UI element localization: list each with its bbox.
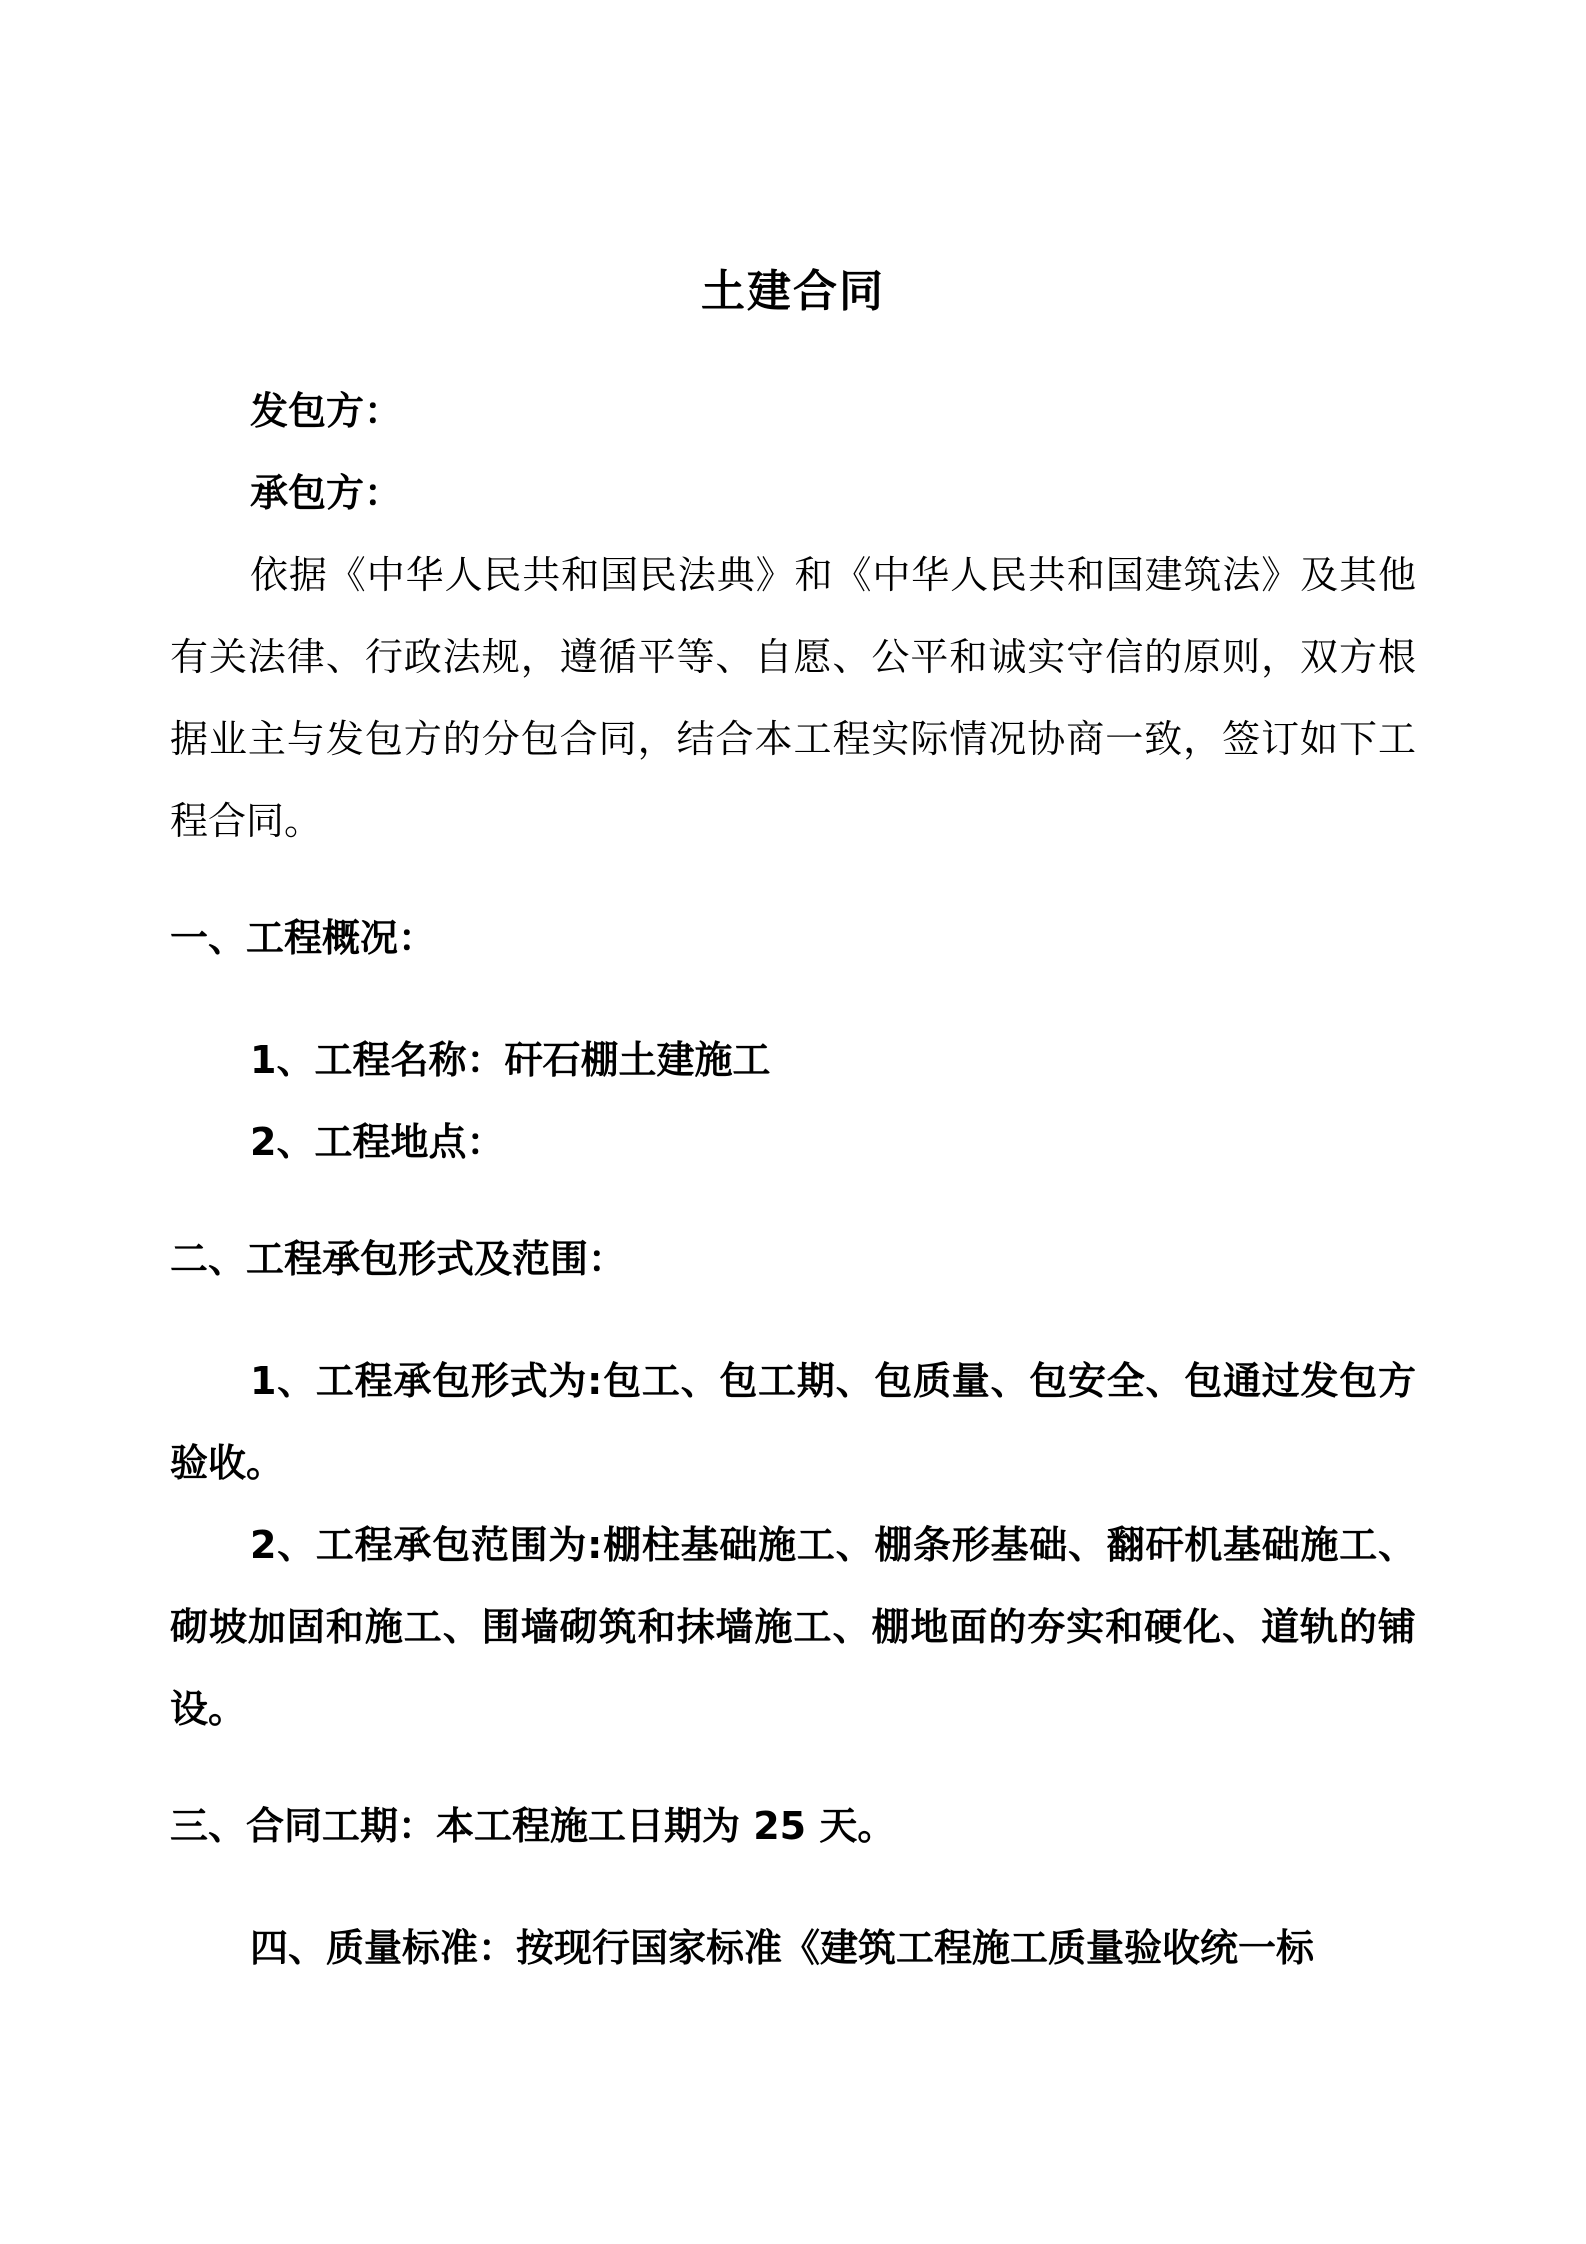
section-1-item-project-name: 1、工程名称：矸石棚土建施工 (170, 1019, 1416, 1101)
contract-document-page: 土建合同 发包方： 承包方： 依据《中华人民共和国民法典》和《中华人民共和国建筑… (0, 0, 1586, 2244)
section-4-line: 四、质量标准：按现行国家标准《建筑工程施工质量验收统一标 (170, 1907, 1416, 1989)
document-title: 土建合同 (170, 262, 1416, 322)
section-1-item-project-location: 2、工程地点： (170, 1101, 1416, 1183)
party-b-line: 承包方： (170, 452, 1416, 534)
section-4-heading: 四、质量标准： (250, 1926, 516, 1970)
intro-paragraph: 依据《中华人民共和国民法典》和《中华人民共和国建筑法》及其他有关法律、行政法规，… (170, 534, 1416, 862)
section-2-heading: 二、工程承包形式及范围： (170, 1218, 1416, 1300)
section-3-heading: 三、合同工期： (170, 1804, 436, 1848)
section-1-heading: 一、工程概况： (170, 897, 1416, 979)
section-3-line: 三、合同工期：本工程施工日期为 25 天。 (170, 1785, 1416, 1867)
section-4-text: 按现行国家标准《建筑工程施工质量验收统一标 (516, 1926, 1314, 1970)
section-2-item-contract-scope: 2、工程承包范围为:棚柱基础施工、棚条形基础、翻矸机基础施工、砌坡加固和施工、围… (170, 1504, 1416, 1750)
party-a-line: 发包方： (170, 370, 1416, 452)
section-3-text: 本工程施工日期为 25 天。 (436, 1804, 895, 1848)
section-2-item-contract-form: 1、工程承包形式为:包工、包工期、包质量、包安全、包通过发包方验收。 (170, 1340, 1416, 1504)
